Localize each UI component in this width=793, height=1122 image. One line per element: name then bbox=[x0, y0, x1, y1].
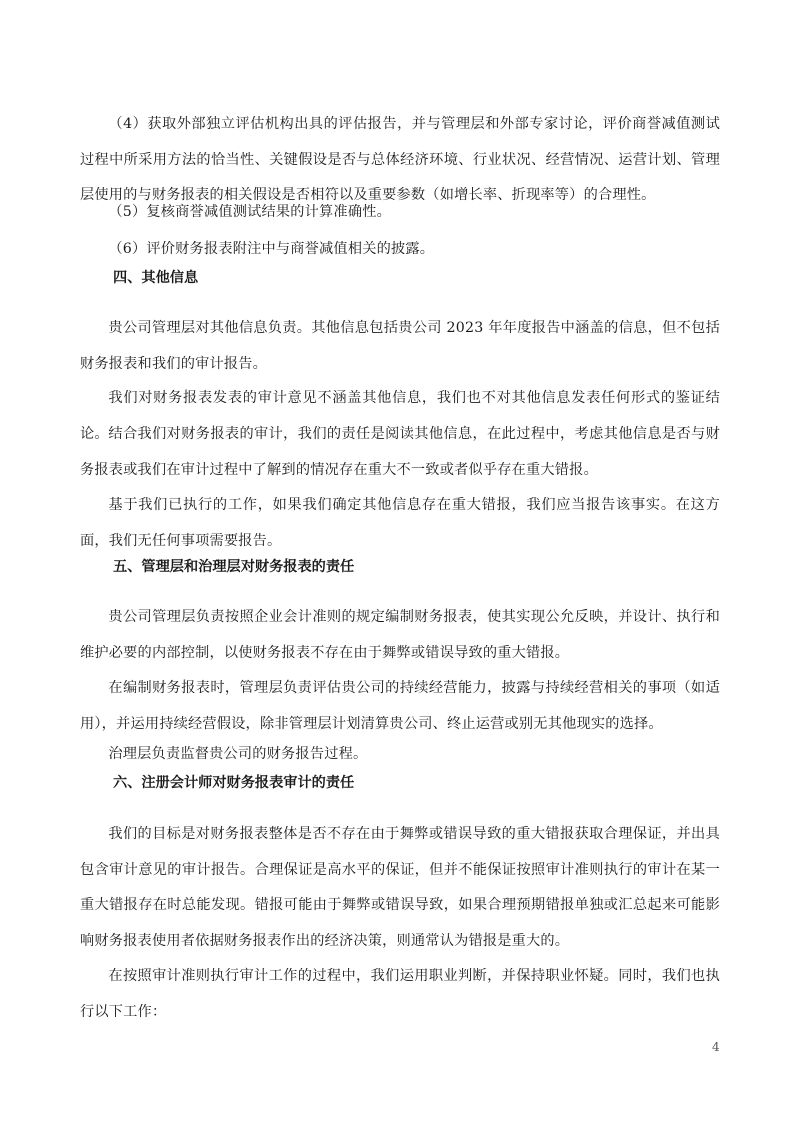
paragraph: 在编制财务报表时，管理层负责评估贵公司的持续经营能力，披露与持续经营相关的事项（… bbox=[80, 671, 720, 742]
page-number: 4 bbox=[712, 1040, 720, 1054]
document-page: （4）获取外部独立评估机构出具的评估报告，并与管理层和外部专家讨论，评价商誉减值… bbox=[0, 0, 793, 1122]
paragraph: 基于我们已执行的工作，如果我们确定其他信息存在重大错报，我们应当报告该事实。在这… bbox=[80, 488, 720, 559]
paragraph-item-5: （5）复核商誉减值测试结果的计算准确性。 bbox=[80, 195, 720, 231]
paragraph: 治理层负责监督贵公司的财务报告过程。 bbox=[80, 737, 720, 773]
section-heading-auditor-responsibility: 六、注册会计师对财务报表审计的责任 bbox=[113, 773, 354, 793]
section-heading-management-responsibility: 五、管理层和治理层对财务报表的责任 bbox=[113, 557, 354, 577]
paragraph-item-6: （6）评价财务报表附注中与商誉减值相关的披露。 bbox=[80, 232, 720, 268]
paragraph: 结合我们对财务报表的审计，我们的责任是阅读其他信息，在此过程中，考虑其他信息是否… bbox=[80, 417, 720, 488]
paragraph: 在按照审计准则执行审计工作的过程中，我们运用职业判断，并保持职业怀疑。同时，我们… bbox=[80, 959, 720, 1030]
paragraph: 我们的目标是对财务报表整体是否不存在由于舞弊或错误导致的重大错报获取合理保证，并… bbox=[80, 817, 720, 959]
paragraph: 贵公司管理层负责按照企业会计准则的规定编制财务报表，使其实现公允反映，并设计、执… bbox=[80, 600, 720, 671]
section-heading-other-info: 四、其他信息 bbox=[113, 268, 198, 288]
paragraph: 贵公司管理层对其他信息负责。其他信息包括贵公司 2023 年年度报告中涵盖的信息… bbox=[80, 311, 720, 382]
